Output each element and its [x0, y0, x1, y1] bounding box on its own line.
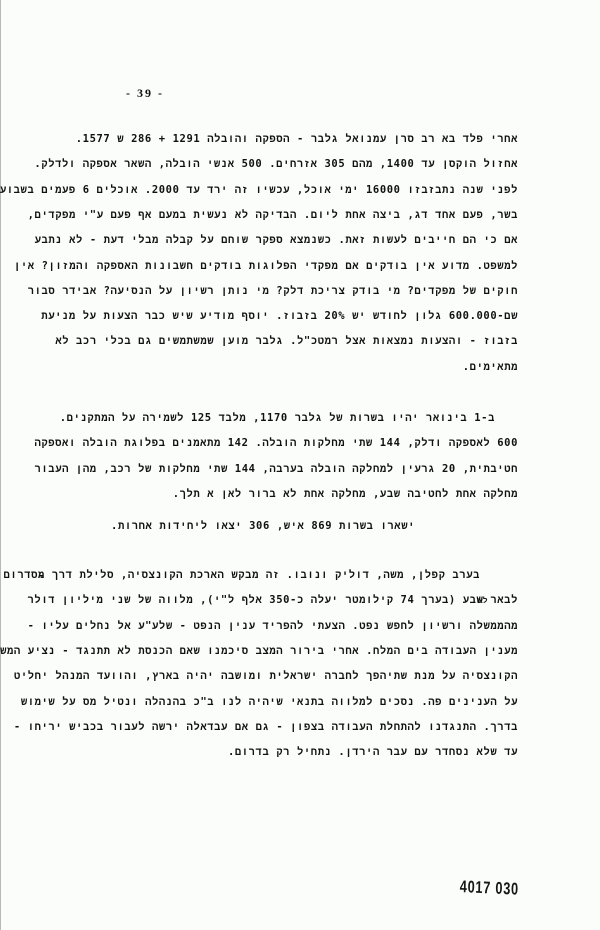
text-line: לפני שנה נתבזבזו 16000 ימי אוכל, עכשיו ז… — [80, 184, 518, 197]
text-line: אם כי הם חייבים לעשות זאת. כשנמצא ספקר ש… — [80, 234, 518, 247]
paragraph-bullet: - — [38, 569, 45, 582]
handwritten-insertion: לא — [478, 596, 488, 606]
text-line: בשר, פעם אחד דג, ביצה אחת ליום. הבדיקה ל… — [80, 209, 518, 222]
text-line: 600 לאספקה ודלק, 144 שתי מחלקות הובלה. 1… — [80, 437, 518, 450]
text-line: מחלקה אחת לחטיבה שבע, מחלקה אחת לא ברור … — [173, 488, 518, 501]
text-line: למשפט. מדוע אין בודקים אם מפקדי הפלוגות … — [80, 260, 518, 273]
page-edge — [0, 0, 1, 930]
text-line: בערב קפלן, משה, דוליק ונובו. זה מבקש האר… — [80, 569, 480, 582]
text-line: ב-1 בינואר יהיו בשרות של גלבר 1170, מלבד… — [60, 412, 495, 425]
text-line: הקונצסיה על מנת שתיהפך לחברה ישראלית ומו… — [62, 670, 518, 683]
text-line: חטיבתית, 20 גרעין למחלקה הובלה בערבה, 14… — [80, 463, 518, 476]
page-number: - 39 - — [0, 86, 290, 101]
text-line: חוקים של מפקדים? מי בודק צריכת דלק? מי נ… — [80, 285, 518, 298]
text-line: עד שלא נסחדר עם עבר הירדן. נתחיל רק בדרו… — [228, 746, 518, 759]
text-line: אחרי פלד בא רב סרן עמנואל גלבר - הספקה ו… — [118, 133, 518, 146]
text-line: שם-600.000 גלון לחודש יש 20% בזבוז. יוסף… — [80, 310, 518, 323]
text-line: אחזול הוקסן עד 1400, מהם 305 אזרחים. 500… — [80, 158, 518, 171]
text-line: בזבוז - והצעות נמצאות אצל רמטכ"ל. גלבר מ… — [95, 335, 518, 348]
text-line: על הענינים פה. נסכים למלווה בתנאי שיהיה … — [100, 696, 518, 709]
text-line: מהממשלה ורשיון לחפש נפט. הצעתי להפריד ענ… — [95, 620, 518, 633]
text-line: מתאימים. — [463, 361, 518, 374]
text-line: מענין העבודה בים המלח. אחרי בירור המצב ס… — [60, 645, 518, 658]
text-line: לבאר שבע (בערך 74 קילומטר יעלה כ-350 אלף… — [100, 594, 518, 607]
text-line: בדרך. התנגדנו להתחלת העבודה בצפון - גם א… — [100, 721, 518, 734]
text-line: ישארו בשרות 869 איש, 306 יצאו ליחידות אח… — [111, 520, 415, 533]
archive-stamp: 4017 030 — [459, 877, 519, 900]
